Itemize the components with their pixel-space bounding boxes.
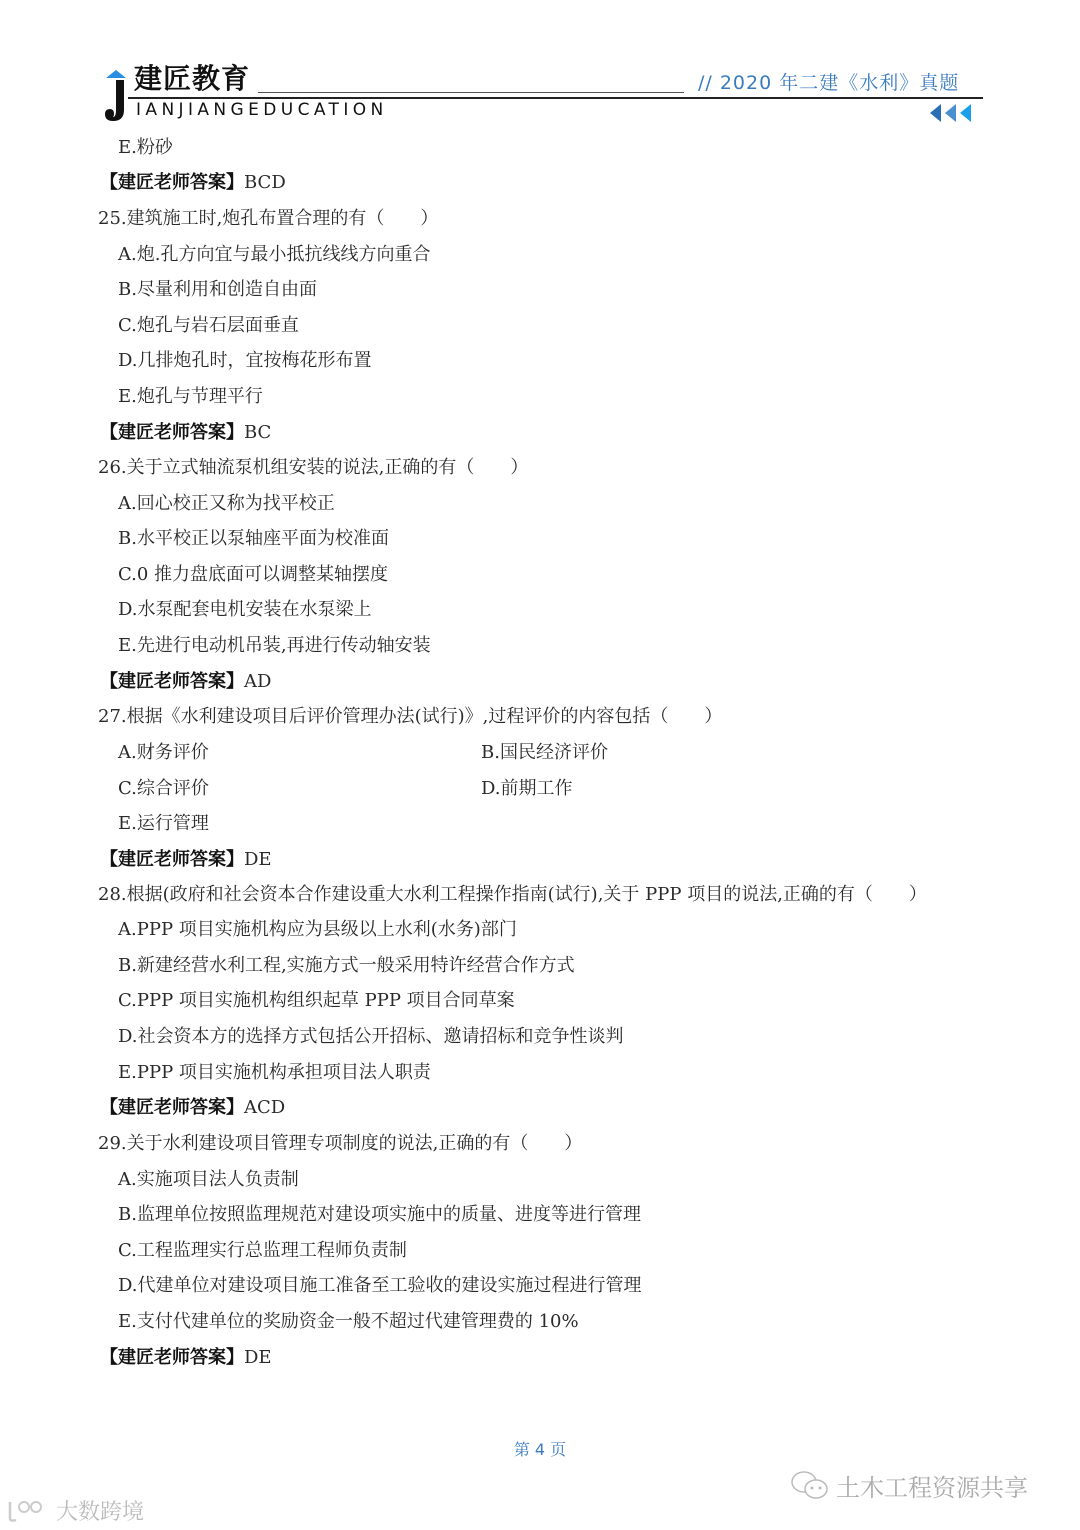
answer-line: 【建匠老师答案】BCD (100, 171, 286, 195)
answer-label: 【建匠老师答案】 (100, 422, 244, 443)
option-a: A.财务评价 (118, 741, 209, 765)
option-a: A.PPP 项目实施机构应为县级以上水利(水务)部门 (118, 918, 517, 942)
option-a: A.实施项目法人负责制 (118, 1168, 299, 1192)
answer-label: 【建匠老师答案】 (100, 1097, 244, 1118)
option-b: B.尽量利用和创造自由面 (118, 278, 317, 302)
answer-value: BCD (244, 172, 286, 193)
option-b: B.监理单位按照监理规范对建设项实施中的质量、进度等进行管理 (118, 1203, 641, 1227)
answer-line: 【建匠老师答案】ACD (100, 1096, 285, 1120)
watermark-logo-icon (6, 1498, 50, 1524)
answer-value: DE (244, 1347, 272, 1368)
option-d: D.社会资本方的选择方式包括公开招标、邀请招标和竞争性谈判 (118, 1025, 624, 1049)
answer-line: 【建匠老师答案】DE (100, 1346, 272, 1370)
answer-line: 【建匠老师答案】BC (100, 421, 271, 445)
prev-option-e: E.粉砂 (118, 136, 173, 160)
option-d: D.水泵配套电机安装在水泵梁上 (118, 598, 372, 622)
header-rule-bottom (128, 97, 983, 99)
option-b: B.国民经济评价 (481, 741, 608, 765)
arrow-left-icon (930, 104, 941, 122)
option-a: A.回心校正又称为找平校正 (118, 492, 335, 516)
option-e: E.支付代建单位的奖励资金一般不超过代建管理费的 10% (118, 1310, 579, 1334)
arrow-left-icon (945, 104, 956, 122)
option-c: C.综合评价 (118, 777, 209, 801)
option-a: A.炮.孔方向宜与最小抵抗线线方向重合 (118, 243, 430, 267)
option-c: C.炮孔与岩石层面垂直 (118, 314, 299, 338)
answer-value: BC (244, 422, 271, 443)
answer-line: 【建匠老师答案】AD (100, 670, 271, 694)
answer-label: 【建匠老师答案】 (100, 849, 244, 870)
watermark-left-text: 大数跨境 (56, 1495, 144, 1526)
document-title: // 2020 年二建《水利》真题 (698, 70, 959, 96)
option-b: B.水平校正以泵轴座平面为校准面 (118, 527, 389, 551)
arrow-left-icon (960, 104, 971, 122)
wechat-icon (790, 1469, 830, 1503)
question-stem: 27.根据《水利建设项目后评价管理办法(试行)》,过程评价的内容包括（ ） (98, 705, 722, 729)
option-d: D.几排炮孔时，宜按梅花形布置 (118, 349, 372, 373)
watermark-right-text: 土木工程资源共享 (836, 1468, 1028, 1503)
question-stem: 28.根据(政府和社会资本合作建设重大水利工程操作指南(试行),关于 PPP 项… (98, 883, 927, 907)
option-d: D.前期工作 (481, 777, 573, 801)
option-b: B.新建经营水利工程,实施方式一般采用特许经营合作方式 (118, 954, 575, 978)
option-c: C.0 推力盘底面可以调整某轴摆度 (118, 563, 388, 587)
option-d: D.代建单位对建设项目施工准备至工验收的建设实施过程进行管理 (118, 1274, 642, 1298)
page-header: 建匠教育 IANJIANGEDUCATION // 2020 年二建《水利》真题 (0, 0, 1080, 130)
question-stem: 29.关于水利建设项目管理专项制度的说法,正确的有（ ） (98, 1132, 582, 1156)
logo-text-cn: 建匠教育 (134, 62, 250, 96)
option-e: E.PPP 项目实施机构承担项目法人职责 (118, 1061, 431, 1085)
option-e: E.运行管理 (118, 812, 209, 836)
question-stem: 26.关于立式轴流泵机组安装的说法,正确的有（ ） (98, 456, 528, 480)
answer-label: 【建匠老师答案】 (100, 671, 244, 692)
option-c: C.PPP 项目实施机构组织起草 PPP 项目合同草案 (118, 989, 515, 1013)
answer-line: 【建匠老师答案】DE (100, 848, 272, 872)
header-rule-top (258, 92, 684, 93)
page-number: 第 4 页 (0, 1437, 1080, 1460)
option-e: E.先进行电动机吊装,再进行传动轴安装 (118, 634, 431, 658)
answer-value: ACD (244, 1097, 285, 1118)
answer-label: 【建匠老师答案】 (100, 1347, 244, 1368)
question-stem: 25.建筑施工时,炮孔布置合理的有（ ） (98, 207, 438, 231)
decorative-arrows (930, 104, 971, 124)
watermark-source: 大数跨境 (6, 1495, 144, 1526)
watermark-wechat: 土木工程资源共享 (790, 1468, 1028, 1503)
logo-j-icon (104, 70, 128, 122)
option-c: C.工程监理实行总监理工程师负责制 (118, 1239, 407, 1263)
answer-value: AD (244, 671, 271, 692)
logo-text-en: IANJIANGEDUCATION (136, 100, 388, 120)
option-e: E.炮孔与节理平行 (118, 385, 263, 409)
answer-value: DE (244, 849, 272, 870)
answer-label: 【建匠老师答案】 (100, 172, 244, 193)
